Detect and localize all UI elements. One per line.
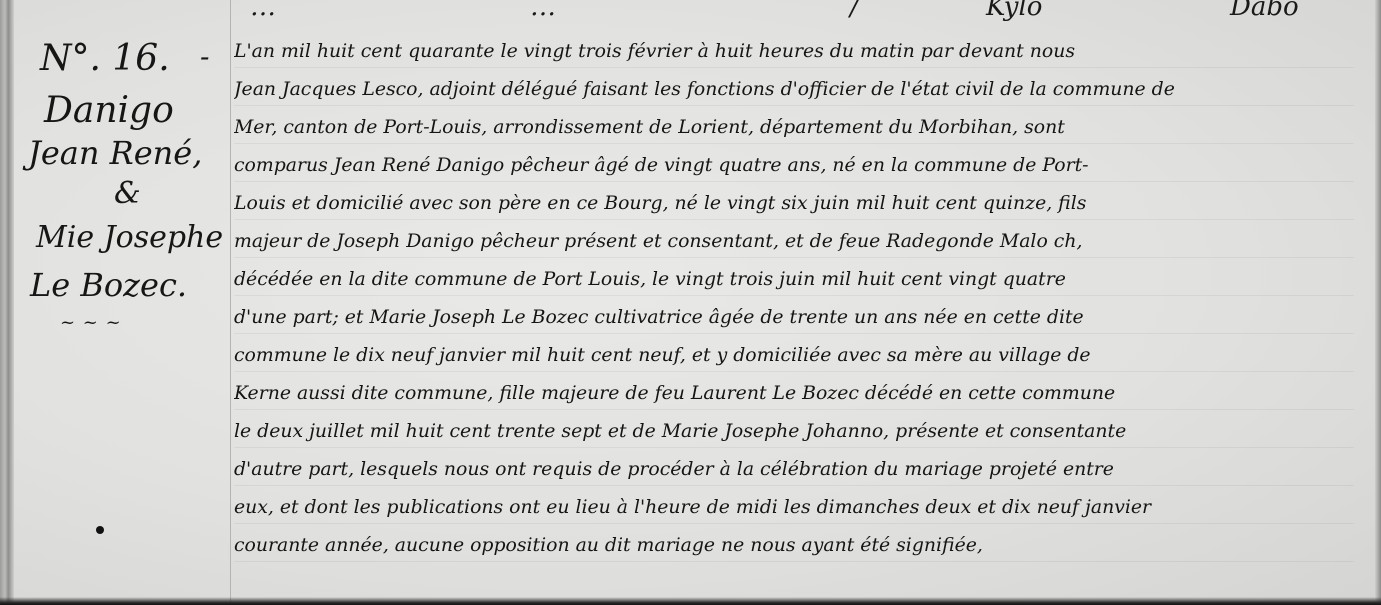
body-line: Louis et domicilié avec son père en ce B… — [234, 192, 1354, 226]
body-line: Mer, canton de Port-Louis, arrondissemen… — [234, 116, 1354, 150]
register-page: … … / Kylo Dabo N°. 16. - Danigo Jean Re… — [0, 0, 1381, 605]
page-bottom-edge — [0, 597, 1381, 605]
signature-dabo: Dabo — [1230, 0, 1299, 22]
signature-fragment: … — [250, 0, 276, 22]
bride-surname: Le Bozec. — [30, 266, 187, 304]
ink-blot — [96, 526, 104, 534]
page-right-edge — [1375, 0, 1381, 605]
body-line: décédée en la dite commune de Port Louis… — [234, 268, 1354, 302]
act-number: N°. 16. — [40, 38, 170, 79]
body-line: le deux juillet mil huit cent trente sep… — [234, 420, 1354, 454]
groom-given-names: Jean René, — [28, 134, 202, 172]
body-line: eux, et dont les publications ont eu lie… — [234, 496, 1354, 530]
signature-kylo: Kylo — [986, 0, 1042, 22]
signature-fragment: … — [530, 0, 556, 22]
body-line: L'an mil huit cent quarante le vingt tro… — [234, 40, 1354, 74]
previous-act-signatures: … … / Kylo Dabo — [230, 0, 1370, 28]
act-number-dash: - — [200, 40, 209, 73]
signature-fragment: / — [850, 0, 859, 22]
body-line: commune le dix neuf janvier mil huit cen… — [234, 344, 1354, 378]
body-line: d'autre part, lesquels nous ont requis d… — [234, 458, 1354, 492]
body-line: d'une part; et Marie Joseph Le Bozec cul… — [234, 306, 1354, 340]
ampersand: & — [114, 176, 141, 211]
body-line: comparus Jean René Danigo pêcheur âgé de… — [234, 154, 1354, 188]
body-line: Kerne aussi dite commune, fille majeure … — [234, 382, 1354, 416]
margin-rule-line — [230, 0, 231, 605]
margin-column: N°. 16. - Danigo Jean René, & Mie Joseph… — [14, 0, 230, 605]
groom-surname: Danigo — [44, 90, 174, 131]
margin-flourish: ~ ~ ~ — [60, 312, 122, 333]
bride-given-names: Mie Josephe — [36, 220, 223, 255]
body-line: courante année, aucune opposition au dit… — [234, 534, 1354, 568]
page-binding-edge — [0, 0, 14, 605]
body-line: Jean Jacques Lesco, adjoint délégué fais… — [234, 78, 1354, 112]
body-line: majeur de Joseph Danigo pêcheur présent … — [234, 230, 1354, 264]
